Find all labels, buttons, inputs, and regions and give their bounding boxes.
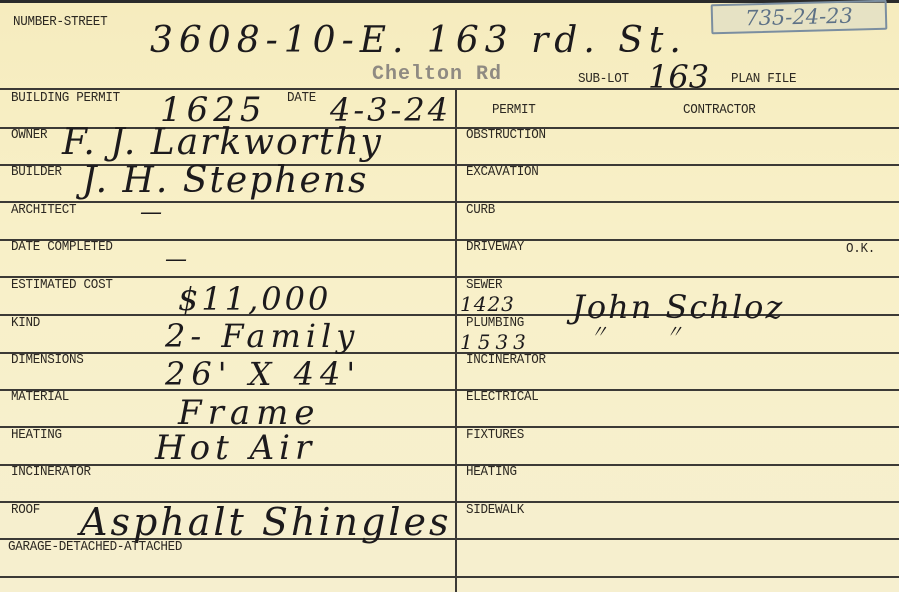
driveway-note: O.K. <box>846 242 875 257</box>
rule <box>0 464 899 466</box>
rule <box>0 201 899 203</box>
rule <box>0 426 899 428</box>
kind-value: 2- Family <box>165 317 359 355</box>
electrical-label: ELECTRICAL <box>466 390 539 405</box>
kind-label: KIND <box>11 316 40 331</box>
rule <box>0 576 899 578</box>
dimensions-value: 26' X 44' <box>165 355 361 393</box>
date-label: DATE <box>287 91 316 106</box>
roof-label: ROOF <box>11 503 40 518</box>
builder-value: J. H. Stephens <box>82 160 368 201</box>
permit-column-header: PERMIT <box>492 103 536 118</box>
material-value: Frame <box>178 393 320 433</box>
owner-label: OWNER <box>11 128 47 143</box>
architect-value: — <box>140 200 162 225</box>
material-label: MATERIAL <box>11 390 69 405</box>
roof-value: Asphalt Shingles <box>80 500 452 544</box>
sewer-number: 1423 <box>460 292 515 316</box>
rule <box>0 389 899 391</box>
sewer-label: SEWER <box>466 278 502 293</box>
column-divider <box>455 89 457 592</box>
architect-label: ARCHITECT <box>11 203 76 218</box>
owner-value: F. J. Larkworthy <box>62 122 383 163</box>
rule <box>0 352 899 354</box>
estimated-cost-label: ESTIMATED COST <box>11 278 113 293</box>
file-number-stamp: 735-24-23 <box>711 0 888 34</box>
garage-label: GARAGE-DETACHED-ATTACHED <box>8 540 182 555</box>
curb-label: CURB <box>466 203 495 218</box>
sidewalk-label: SIDEWALK <box>466 503 524 518</box>
street-name-stamp: Chelton Rd <box>372 63 502 86</box>
date-completed-value: — <box>165 247 187 272</box>
dimensions-label: DIMENSIONS <box>11 353 84 368</box>
building-permit-card: NUMBER-STREET 3608-10-E. 163 rd. St. 735… <box>0 0 899 592</box>
sub-lot-label: SUB-LOT <box>578 72 629 87</box>
rule <box>0 88 899 90</box>
heating-value: Hot Air <box>155 428 316 468</box>
rule <box>0 239 899 241</box>
obstruction-label: OBSTRUCTION <box>466 128 546 143</box>
plumbing-contractor-ditto: 〃 〃 <box>590 318 683 344</box>
sub-lot-value: 163 <box>648 58 709 96</box>
incinerator-label: INCINERATOR <box>11 465 91 480</box>
building-permit-label: BUILDING PERMIT <box>11 91 120 106</box>
heating-permit-label: HEATING <box>466 465 517 480</box>
plumbing-label: PLUMBING <box>466 316 524 331</box>
plumbing-number: 1533 <box>460 330 531 354</box>
address-handwritten: 3608-10-E. 163 rd. St. <box>150 20 687 61</box>
excavation-label: EXCAVATION <box>466 165 539 180</box>
incinerator-permit-label: INCINERATOR <box>466 353 546 368</box>
date-completed-label: DATE COMPLETED <box>11 240 113 255</box>
estimated-cost-value: $11,000 <box>178 280 331 318</box>
fixtures-label: FIXTURES <box>466 428 524 443</box>
number-street-label: NUMBER-STREET <box>13 15 107 30</box>
driveway-label: DRIVEWAY <box>466 240 524 255</box>
rule <box>0 276 899 278</box>
contractor-column-header: CONTRACTOR <box>683 103 756 118</box>
heating-label: HEATING <box>11 428 62 443</box>
plan-file-label: PLAN FILE <box>731 72 796 87</box>
builder-label: BUILDER <box>11 165 62 180</box>
